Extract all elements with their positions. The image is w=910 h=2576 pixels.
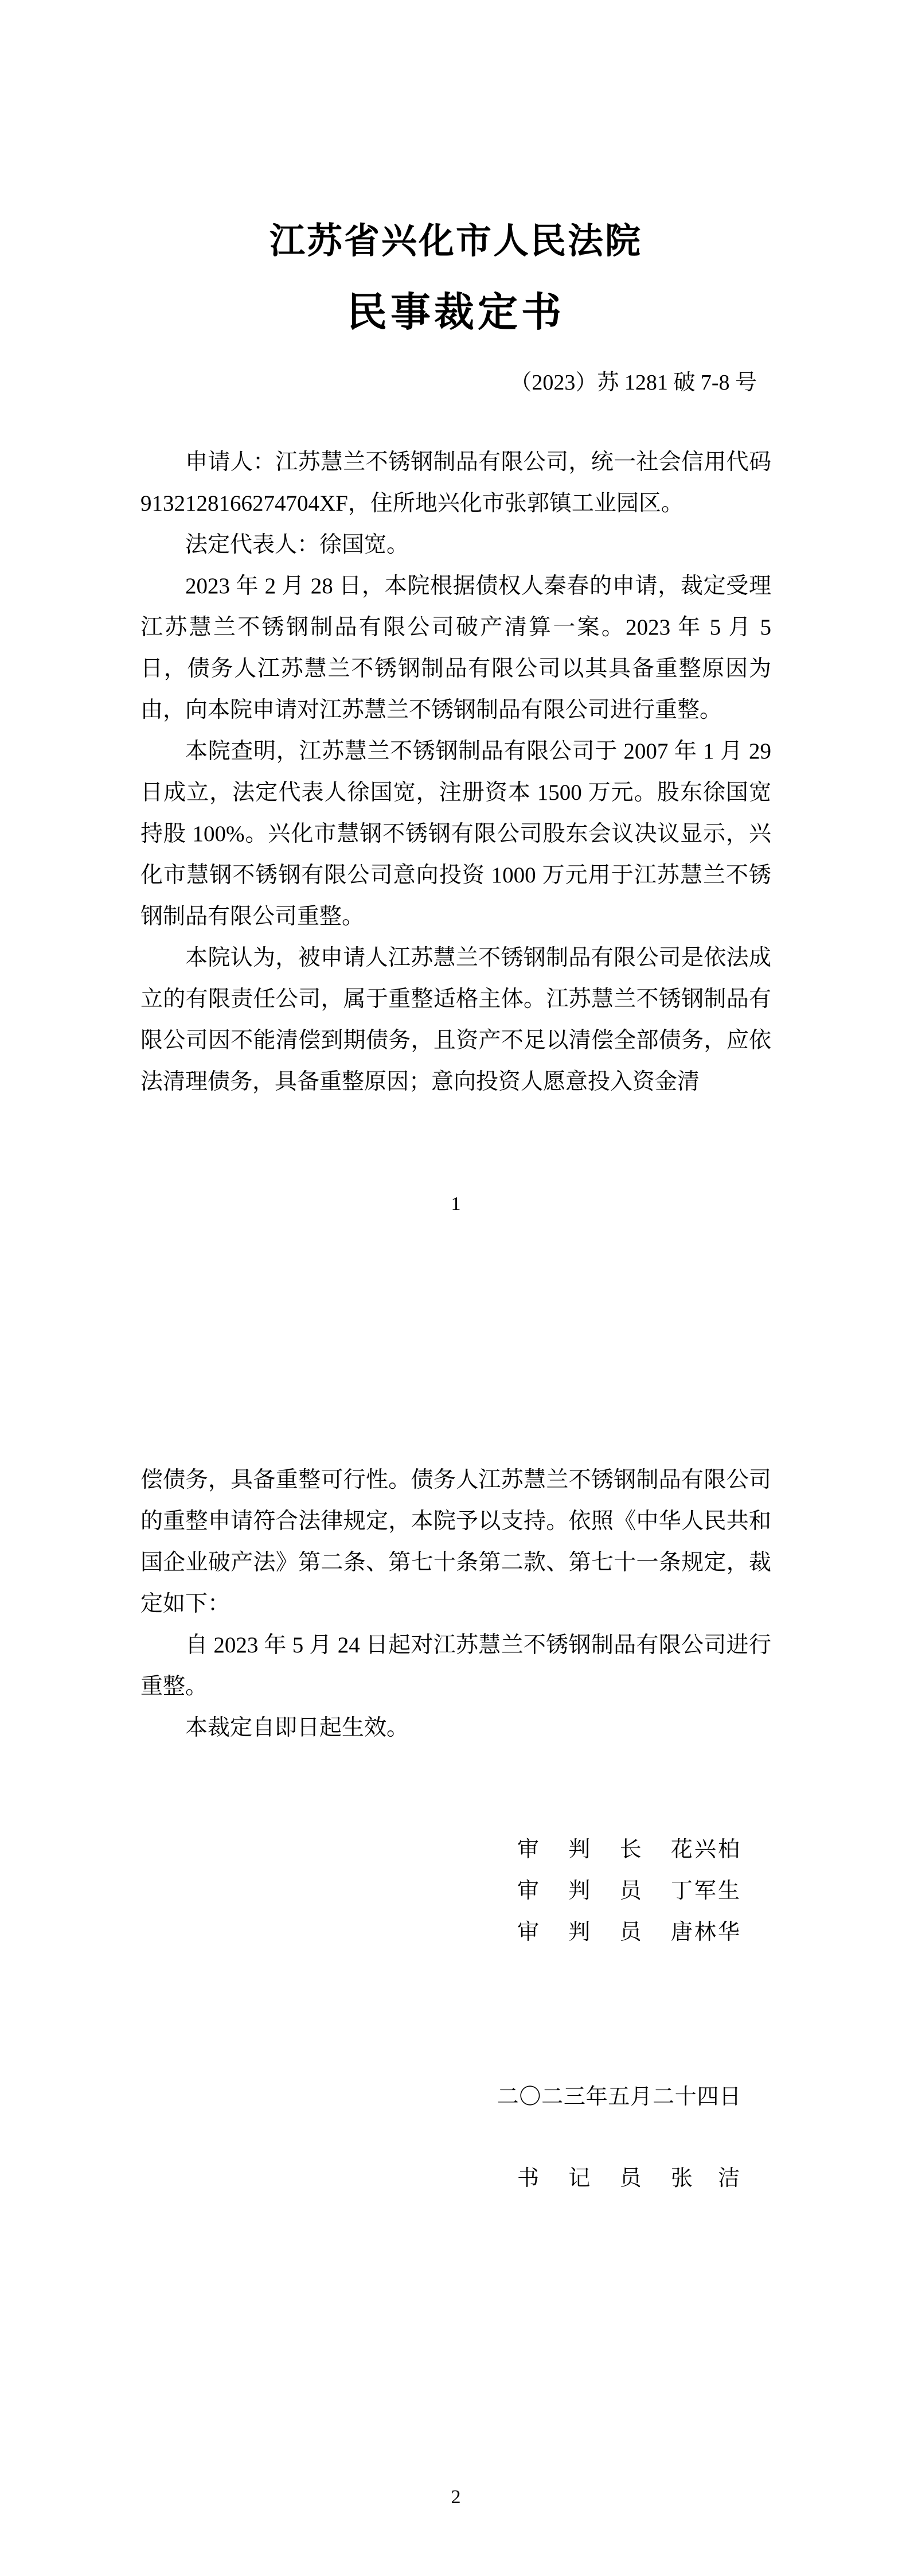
paragraph-legal-representative: 法定代表人：徐国宽。	[140, 524, 771, 566]
judge-2-role: 审判员	[517, 1912, 671, 1953]
paragraph-effective-statement: 本裁定自即日起生效。	[140, 1707, 771, 1749]
page-2-number: 2	[140, 2486, 771, 2509]
case-number: （2023）苏 1281 破 7-8 号	[140, 367, 771, 399]
signature-row-clerk: 书记员张 洁	[140, 2158, 741, 2199]
signature-row-judge-2: 审判员唐林华	[140, 1912, 741, 1953]
clerk-block: 书记员张 洁	[140, 2158, 771, 2199]
ruling-date: 二〇二三年五月二十四日	[140, 2076, 771, 2118]
paragraph-court-opinion: 本院认为，被申请人江苏慧兰不锈钢制品有限公司是依法成立的有限责任公司，属于重整适…	[140, 937, 771, 1103]
page-1-number: 1	[140, 1193, 771, 1216]
presiding-judge-role: 审判长	[517, 1829, 671, 1870]
judge-1-name: 丁军生	[671, 1870, 741, 1912]
clerk-name: 张 洁	[671, 2158, 741, 2199]
paragraph-opinion-continuation: 偿债务，具备重整可行性。债务人江苏慧兰不锈钢制品有限公司的重整申请符合法律规定，…	[140, 1460, 771, 1625]
document-type-title: 民事裁定书	[140, 290, 771, 337]
page-2-body: 偿债务，具备重整可行性。债务人江苏慧兰不锈钢制品有限公司的重整申请符合法律规定，…	[140, 1460, 771, 1749]
paragraph-court-findings: 本院查明，江苏慧兰不锈钢制品有限公司于 2007 年 1 月 29 日成立，法定…	[140, 731, 771, 937]
document-page: 江苏省兴化市人民法院 民事裁定书 （2023）苏 1281 破 7-8 号 申请…	[0, 219, 910, 2509]
paragraph-applicant: 申请人：江苏慧兰不锈钢制品有限公司，统一社会信用代码 9132128166274…	[140, 442, 771, 524]
paragraph-ruling-order: 自 2023 年 5 月 24 日起对江苏慧兰不锈钢制品有限公司进行重整。	[140, 1625, 771, 1707]
judge-2-name: 唐林华	[671, 1912, 741, 1953]
paragraph-case-acceptance: 2023 年 2 月 28 日，本院根据债权人秦春的申请，裁定受理江苏慧兰不锈钢…	[140, 566, 771, 731]
signature-row-judge-1: 审判员丁军生	[140, 1870, 741, 1912]
clerk-role: 书记员	[517, 2158, 671, 2199]
presiding-judge-name: 花兴柏	[671, 1829, 741, 1870]
judge-1-role: 审判员	[517, 1870, 671, 1912]
court-name-title: 江苏省兴化市人民法院	[140, 219, 771, 264]
page-1-body: 申请人：江苏慧兰不锈钢制品有限公司，统一社会信用代码 9132128166274…	[140, 442, 771, 1103]
signature-block: 审判长花兴柏 审判员丁军生 审判员唐林华	[140, 1829, 771, 1953]
signature-row-presiding-judge: 审判长花兴柏	[140, 1829, 741, 1870]
